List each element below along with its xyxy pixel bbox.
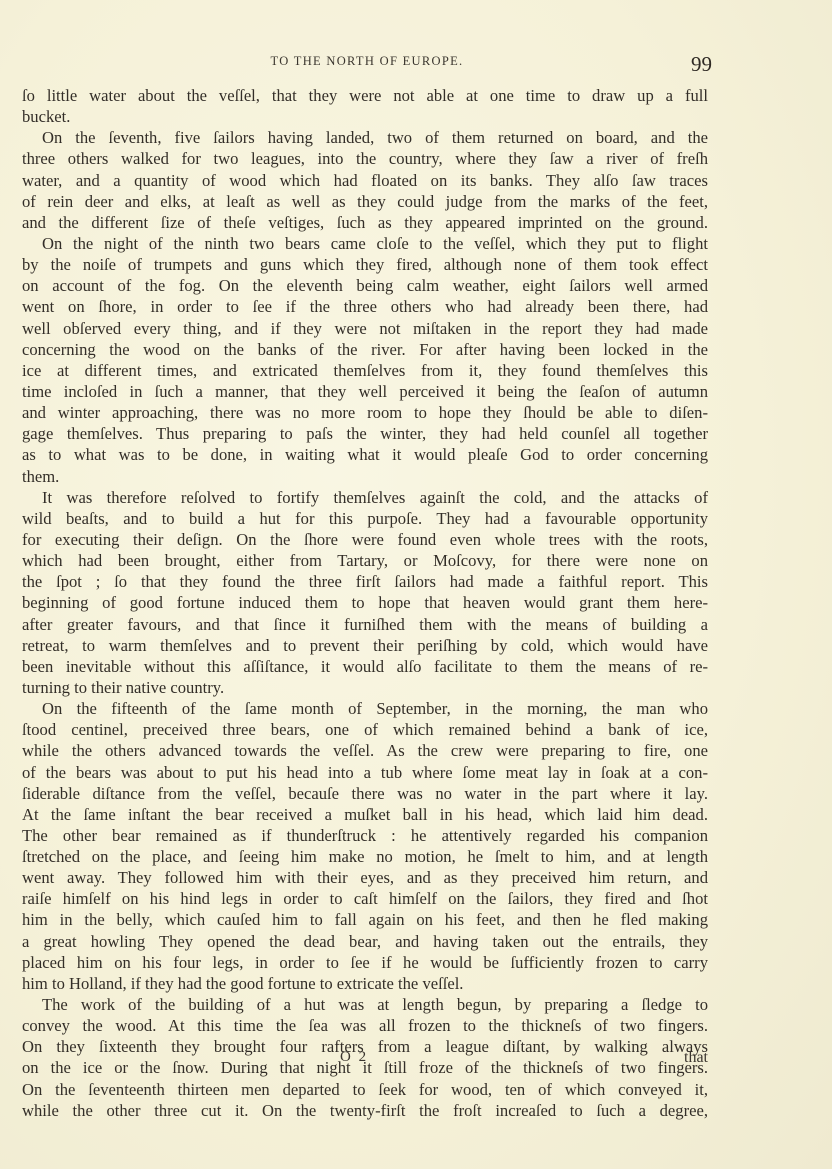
text-line: time incloſed in ſuch a manner, that the…: [22, 381, 708, 402]
text-line: ſiderable diſtance from the veſſel, beca…: [22, 783, 708, 804]
text-line: On the ſeventeenth thirteen men departed…: [22, 1079, 708, 1100]
text-line: him in the belly, which cauſed him to fa…: [22, 909, 708, 930]
text-line: on account of the fog. On the eleventh b…: [22, 275, 708, 296]
text-line: The other bear remained as if thunderſtr…: [22, 825, 708, 846]
running-title: TO THE NORTH OF EUROPE.: [22, 54, 712, 69]
text-line: well obſerved every thing, and if they w…: [22, 318, 708, 339]
text-line: On the ſeventh, five ſailors having land…: [22, 127, 708, 148]
text-line: been inevitable without this aſſiſtance,…: [22, 656, 708, 677]
text-line: him to Holland, if they had the good for…: [22, 973, 708, 994]
text-line: concerning the wood on the banks of the …: [22, 339, 708, 360]
text-line: On the fifteenth of the ſame month of Se…: [22, 698, 708, 719]
text-line: The work of the building of a hut was at…: [22, 994, 708, 1015]
text-line: ſo little water about the veſſel, that t…: [22, 85, 708, 106]
text-line: of rein deer and elks, at leaſt as well …: [22, 191, 708, 212]
running-head: TO THE NORTH OF EUROPE. 99: [22, 52, 712, 74]
text-line: by the noiſe of trumpets and guns which …: [22, 254, 708, 275]
book-page: TO THE NORTH OF EUROPE. 99 ſo little wat…: [0, 0, 832, 1169]
text-line: retreat, to warm themſelves and to preve…: [22, 635, 708, 656]
text-line: a great howling They opened the dead bea…: [22, 931, 708, 952]
text-line: ſtretched on the place, and ſeeing him m…: [22, 846, 708, 867]
text-line: them.: [22, 466, 708, 487]
text-line: placed him on his four legs, in order to…: [22, 952, 708, 973]
page-footer: O 2 that: [22, 1049, 712, 1071]
text-line: of the bears was about to put his head i…: [22, 762, 708, 783]
text-line: convey the wood. At this time the ſea wa…: [22, 1015, 708, 1036]
text-line: after greater favours, and that ſince it…: [22, 614, 708, 635]
text-line: for executing their deſign. On the ſhore…: [22, 529, 708, 550]
text-line: the ſpot ; ſo that they found the three …: [22, 571, 708, 592]
text-line: At the ſame inſtant the bear received a …: [22, 804, 708, 825]
text-line: wild beaſts, and to build a hut for this…: [22, 508, 708, 529]
text-line: gage themſelves. Thus preparing to paſs …: [22, 423, 708, 444]
text-line: three others walked for two leagues, int…: [22, 148, 708, 169]
text-line: turning to their native country.: [22, 677, 708, 698]
text-line: as to what was to be done, in waiting wh…: [22, 444, 708, 465]
text-line: while the other three cut it. On the twe…: [22, 1100, 708, 1121]
text-line: ſtood centinel, preceived three bears, o…: [22, 719, 708, 740]
text-line: bucket.: [22, 106, 708, 127]
text-line: while the others advanced towards the ve…: [22, 740, 708, 761]
text-line: went away. They followed him with their …: [22, 867, 708, 888]
text-line: beginning of good fortune induced them t…: [22, 592, 708, 613]
catchword: that: [684, 1049, 708, 1067]
printer-signature: O 2: [340, 1049, 368, 1066]
text-line: It was therefore reſolved to fortify the…: [22, 487, 708, 508]
text-line: went on ſhore, in order to ſee if the th…: [22, 296, 708, 317]
text-line: On the night of the ninth two bears came…: [22, 233, 708, 254]
page-number: 99: [691, 52, 712, 77]
text-line: ice at different times, and extricated t…: [22, 360, 708, 381]
text-line: and the different ſize of theſe veſtiges…: [22, 212, 708, 233]
text-line: water, and a quantity of wood which had …: [22, 170, 708, 191]
text-line: which had been brought, either from Tart…: [22, 550, 708, 571]
body-text: ſo little water about the veſſel, that t…: [22, 85, 708, 1121]
text-line: and winter approaching, there was no mor…: [22, 402, 708, 423]
text-line: raiſe himſelf on his hind legs in order …: [22, 888, 708, 909]
